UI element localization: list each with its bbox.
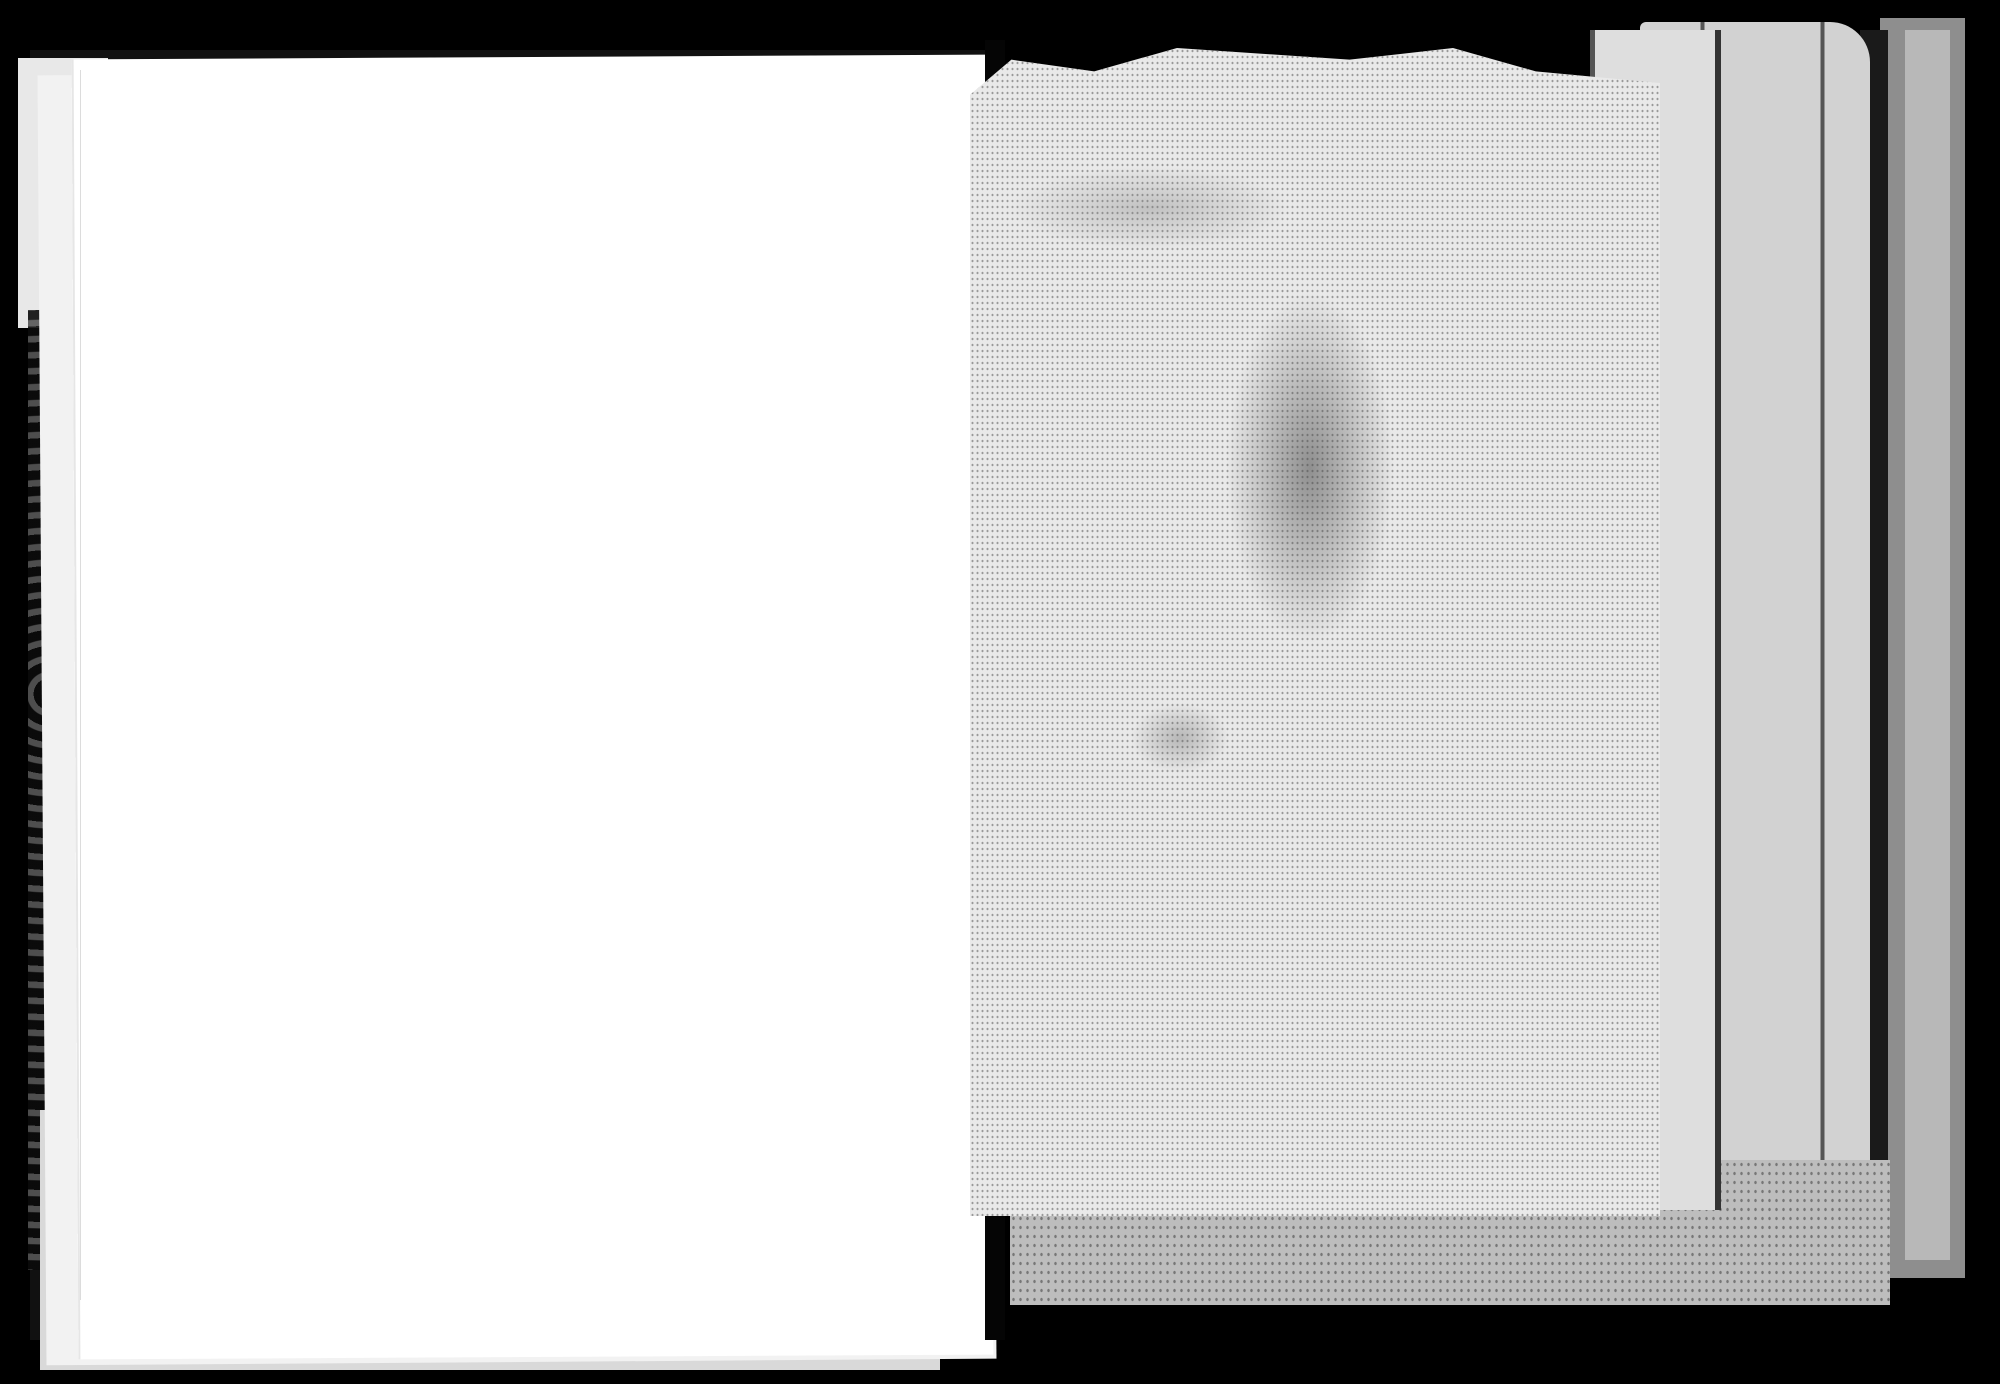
archival-card-face	[1905, 30, 1950, 1260]
page-fold-line	[80, 70, 81, 1300]
blank-left-page	[72, 55, 994, 1360]
manuscript-page	[970, 48, 1660, 1216]
